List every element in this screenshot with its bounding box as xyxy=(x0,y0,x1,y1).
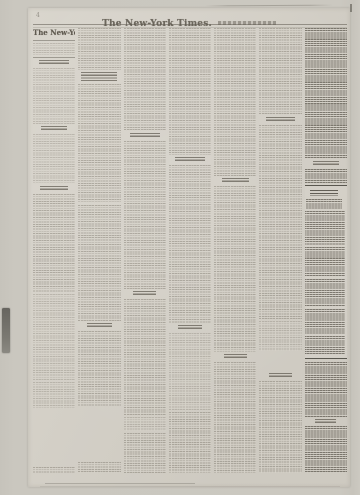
column-7 xyxy=(305,28,347,473)
heading-block xyxy=(222,178,249,183)
paragraph-block xyxy=(33,43,75,55)
column-6 xyxy=(259,28,301,473)
column-1: The New-York Times. xyxy=(33,28,75,473)
heading-block xyxy=(133,291,156,296)
column-4 xyxy=(169,28,211,473)
heading-block xyxy=(313,161,338,166)
column-masthead-title: The New-York Times. xyxy=(33,28,75,39)
heading-block xyxy=(130,133,160,138)
column-gap xyxy=(78,408,120,462)
paragraph-block xyxy=(124,417,166,431)
paragraph-block xyxy=(305,28,347,159)
paragraph-block xyxy=(78,205,120,321)
rule xyxy=(33,57,75,58)
paragraph-block xyxy=(169,333,211,410)
paragraph-block xyxy=(214,28,256,176)
paragraph-block xyxy=(169,412,211,473)
paragraph-block xyxy=(259,321,301,351)
paragraph-block xyxy=(33,68,75,124)
paragraph-block xyxy=(305,362,347,417)
paragraph-block xyxy=(259,28,301,115)
paragraph-block xyxy=(305,279,345,307)
paragraph-block xyxy=(33,467,75,473)
paragraph-block xyxy=(169,165,211,323)
paragraph-block xyxy=(305,211,345,245)
columns: The New-York Times. xyxy=(33,28,347,473)
heading-block xyxy=(178,325,203,330)
paragraph-block xyxy=(33,194,75,292)
paragraph-block xyxy=(305,426,347,473)
heading-block xyxy=(40,186,67,191)
rule xyxy=(33,40,75,41)
corner-mark-artifact xyxy=(350,4,352,12)
heading-block xyxy=(41,126,66,131)
paragraph-block xyxy=(305,169,347,183)
masthead-rule xyxy=(33,24,347,28)
left-edge-tab-artifact xyxy=(2,308,10,353)
heading-block xyxy=(87,323,112,328)
paragraph-block xyxy=(124,299,166,415)
heading-block xyxy=(81,72,117,81)
newspaper-page: 4 The New-York Times. The New-York Times… xyxy=(28,8,350,487)
paragraph-block xyxy=(78,28,120,70)
column-2 xyxy=(78,28,120,473)
paragraph-block xyxy=(124,141,166,289)
heading-block xyxy=(175,157,205,162)
bottom-streak-artifact-2 xyxy=(40,486,340,487)
paragraph-block xyxy=(259,125,301,319)
paragraph-block xyxy=(33,294,75,380)
column-5 xyxy=(214,28,256,473)
masthead: The New-York Times. xyxy=(28,11,350,24)
heading-block xyxy=(39,60,69,65)
heading-block xyxy=(310,190,338,196)
paragraph-block xyxy=(214,186,256,352)
bottom-streak-artifact xyxy=(45,483,195,484)
paragraph-block xyxy=(78,462,120,473)
paragraph-block xyxy=(305,309,345,334)
paragraph-block xyxy=(78,84,120,203)
paragraph-block xyxy=(33,382,75,409)
paragraph-block xyxy=(305,247,345,277)
paragraph-block xyxy=(33,134,75,184)
scanned-newspaper-screenshot: { "page": { "type": "scanned newspaper b… xyxy=(0,0,360,495)
paragraph-block xyxy=(305,336,345,354)
column-gap xyxy=(33,411,75,467)
paragraph-block xyxy=(169,28,211,155)
paragraph-block xyxy=(259,381,301,473)
paragraph-block xyxy=(214,362,256,473)
column-gap xyxy=(259,353,301,372)
column-3 xyxy=(124,28,166,473)
heading-block xyxy=(224,354,247,359)
scratch-line-artifact xyxy=(205,5,333,7)
paragraph-block xyxy=(78,331,120,406)
heading-block xyxy=(266,117,296,122)
paragraph-block xyxy=(124,28,166,131)
heading-block xyxy=(269,373,292,378)
highlighted-article-box xyxy=(305,185,347,359)
paragraph-block xyxy=(306,199,342,209)
paragraph-block xyxy=(124,433,166,473)
heading-block xyxy=(315,419,336,423)
